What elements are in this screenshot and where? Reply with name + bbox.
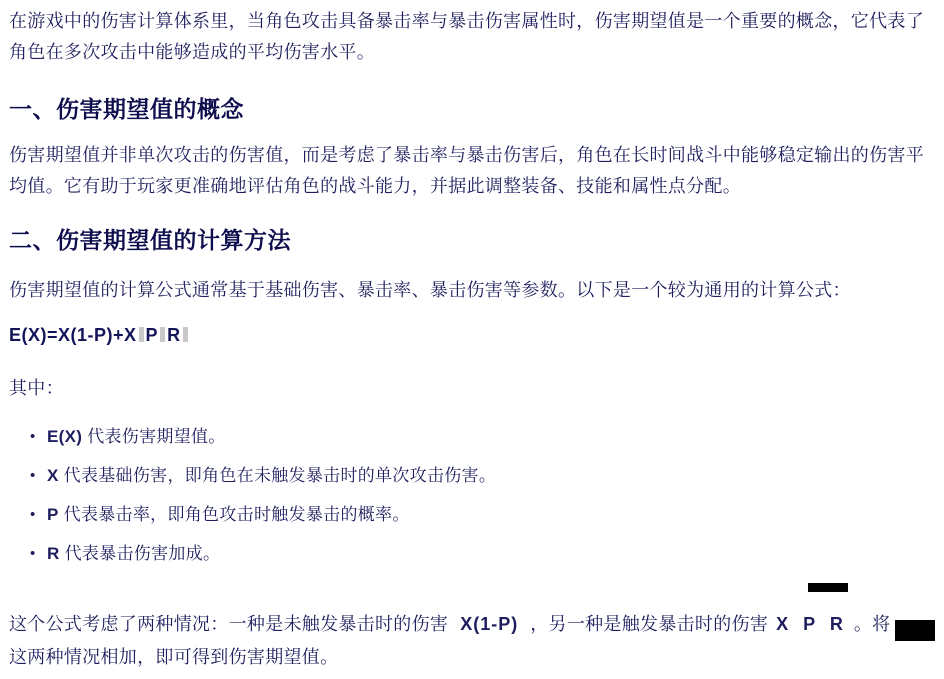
damage-expectation-formula: E(X)=X(1-P)+XPR [9, 323, 935, 347]
bullet-icon: • [30, 460, 47, 491]
variable-definition: 代表基础伤害，即角色在未触发暴击时的单次攻击伤害。 [64, 466, 497, 485]
document-body: 在游戏中的伤害计算体系里，当角色攻击具备暴击率与暴击伤害属性时，伤害期望值是一个… [0, 0, 944, 674]
formula-var-r: R [167, 325, 181, 345]
conclusion-text: 这个公式考虑了两种情况：一种是未触发暴击时的伤害 [9, 614, 448, 634]
list-item-text: P代表暴击率，即角色攻击时触发暴击的概率。 [47, 499, 410, 530]
formula-var-p: P [146, 325, 159, 345]
missing-glyph-box [139, 327, 144, 342]
inline-formula-noncrit: X(1-P) [460, 614, 518, 634]
missing-glyph-box [160, 327, 165, 342]
conclusion-line2: 这两种情况相加，即可得到伤害期望值。 [9, 641, 935, 674]
redaction-mark-large [895, 620, 935, 641]
missing-glyph-box [183, 327, 188, 342]
intro-paragraph: 在游戏中的伤害计算体系里，当角色攻击具备暴击率与暴击伤害属性时，伤害期望值是一个… [9, 6, 935, 68]
list-item-text: X代表基础伤害，即角色在未触发暴击时的单次攻击伤害。 [47, 460, 496, 491]
variable-definition: 代表暴击伤害加成。 [65, 544, 221, 563]
list-item: • P代表暴击率，即角色攻击时触发暴击的概率。 [9, 499, 935, 530]
section1-heading: 一、伤害期望值的概念 [9, 95, 935, 123]
inline-formula-crit: X P R [776, 614, 848, 634]
formula-text: E(X)=X(1-P)+X [9, 325, 137, 345]
section2-paragraph: 伤害期望值的计算公式通常基于基础伤害、暴击率、暴击伤害等参数。以下是一个较为通用… [9, 275, 935, 306]
section2-heading: 二、伤害期望值的计算方法 [9, 226, 935, 254]
list-item: • X代表基础伤害，即角色在未触发暴击时的单次攻击伤害。 [9, 460, 935, 491]
conclusion-line1: 这个公式考虑了两种情况：一种是未触发暴击时的伤害X(1-P)，另一种是触发暴击时… [9, 608, 935, 641]
variable-definition: 代表伤害期望值。 [87, 427, 225, 446]
variable-term: E(X) [47, 427, 82, 446]
where-label: 其中： [9, 373, 935, 404]
variable-definition: 代表暴击率，即角色攻击时触发暴击的概率。 [64, 505, 410, 524]
variable-term: X [47, 466, 59, 485]
list-item-text: E(X)代表伤害期望值。 [47, 421, 226, 452]
bullet-icon: • [30, 499, 47, 530]
conclusion-text: 。将 [854, 614, 891, 634]
list-item: • R代表暴击伤害加成。 [9, 538, 935, 569]
bullet-icon: • [30, 421, 47, 452]
section1-paragraph: 伤害期望值并非单次攻击的伤害值，而是考虑了暴击率与暴击伤害后，角色在长时间战斗中… [9, 140, 935, 202]
conclusion-text: ，另一种是触发暴击时的伤害 [530, 614, 768, 634]
variable-term: P [47, 505, 59, 524]
list-item-text: R代表暴击伤害加成。 [47, 538, 220, 569]
variable-definition-list: • E(X)代表伤害期望值。 • X代表基础伤害，即角色在未触发暴击时的单次攻击… [9, 421, 935, 569]
bullet-icon: • [30, 538, 47, 569]
variable-term: R [47, 544, 60, 563]
conclusion-paragraph: 这个公式考虑了两种情况：一种是未触发暴击时的伤害X(1-P)，另一种是触发暴击时… [9, 608, 935, 674]
list-item: • E(X)代表伤害期望值。 [9, 421, 935, 452]
redaction-mark-small [808, 583, 848, 592]
